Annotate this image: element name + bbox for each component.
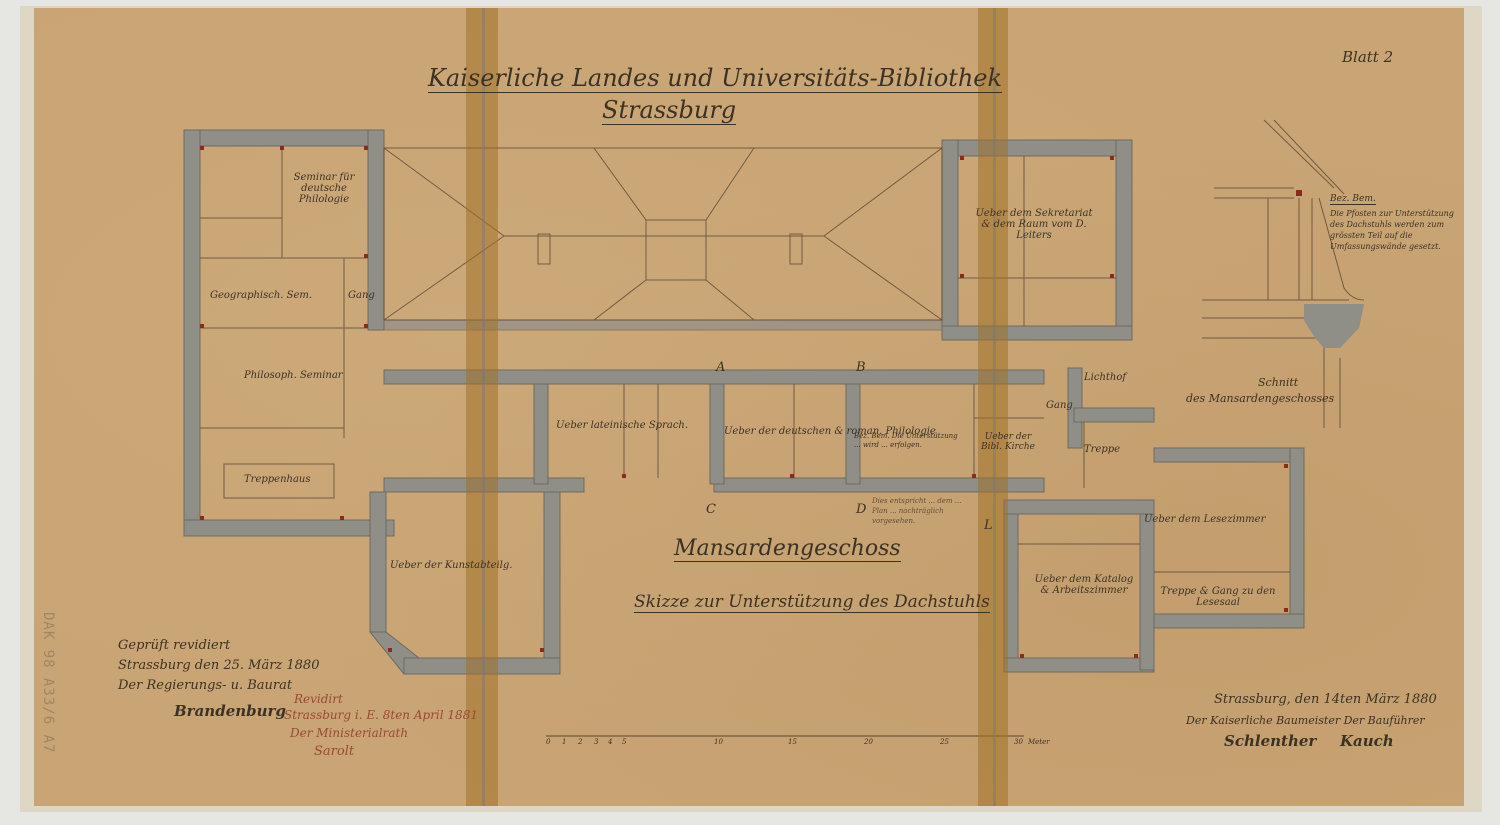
room-label: Ueber dem Sekretariat & dem Raum vom D. …: [974, 208, 1094, 241]
room-label: Ueber lateinische Sprach.: [556, 420, 688, 431]
date-line: Strassburg, den 14ten März 1880: [1214, 692, 1437, 707]
scale-unit: Meter: [1028, 738, 1050, 746]
red-approval-line: Revidirt: [294, 692, 343, 706]
plan-subtitle: Skizze zur Unterstützung des Dachstuhls: [634, 592, 990, 613]
approval-line: Geprüft revidiert: [118, 638, 230, 653]
plan-title: Mansardengeschoss: [674, 536, 901, 562]
room-label: Gang: [1046, 400, 1073, 411]
axis-marker: B: [856, 360, 866, 375]
room-label: Philosoph. Seminar: [244, 370, 343, 381]
room-label: Gang: [348, 290, 375, 301]
margin-note: Dies entspricht ... dem ... Plan ... nac…: [872, 496, 972, 526]
room-label: Treppe: [1084, 444, 1120, 455]
tape-strip-right: [978, 8, 1008, 806]
signature: Brandenburg: [174, 702, 286, 720]
signature: Kauch: [1340, 732, 1394, 750]
section-subtitle: des Mansardengeschosses: [1186, 392, 1334, 405]
axis-marker: C: [706, 502, 716, 517]
room-note: Bez. Bem. Die Unterstützung ... wird ...…: [854, 432, 958, 450]
approval-line: Strassburg den 25. März 1880: [118, 658, 319, 673]
room-label: Geographisch. Sem.: [210, 290, 312, 301]
room-label: Ueber der Bibl. Kirche: [978, 432, 1038, 452]
title-line: Der Kaiserliche Baumeister Der Bauführer: [1186, 714, 1425, 727]
room-label: Lichthof: [1084, 372, 1126, 383]
archive-stamp: DAK 98 A33/6 A7: [40, 612, 56, 753]
scale-tick: 20: [864, 738, 873, 746]
axis-marker: L: [984, 518, 993, 533]
document-title: Kaiserliche Landes und Universitäts-Bibl…: [428, 64, 1002, 93]
axis-marker: D: [856, 502, 866, 517]
scale-tick: 4: [608, 738, 612, 746]
scale-tick: 0: [546, 738, 550, 746]
scale-tick: 5: [622, 738, 626, 746]
scale-tick: 3: [594, 738, 598, 746]
section-title: Schnitt: [1258, 376, 1298, 389]
signature: Schlenther: [1224, 732, 1316, 750]
section-note-text: Die Pfosten zur Unterstützung des Dachst…: [1330, 208, 1460, 252]
room-label: Ueber dem Lesezimmer: [1144, 514, 1265, 525]
room-label: Seminar für deutsche Philologie: [284, 172, 364, 205]
scale-tick: 25: [940, 738, 949, 746]
approval-line: Der Regierungs- u. Baurat: [118, 678, 292, 693]
drawing-sheet: Kaiserliche Landes und Universitäts-Bibl…: [34, 8, 1464, 806]
section-note-heading: Bez. Bem.: [1330, 194, 1376, 205]
room-label: Ueber der Kunstabteilg.: [390, 560, 512, 571]
scale-tick: 15: [788, 738, 797, 746]
red-signature: Sarolt: [314, 744, 354, 759]
room-label: Ueber dem Katalog & Arbeitszimmer: [1034, 574, 1134, 596]
scale-tick: 2: [578, 738, 582, 746]
red-approval-line: Strassburg i. E. 8ten April 1881: [284, 708, 478, 722]
scale-tick: 10: [714, 738, 723, 746]
scale-tick: 30: [1014, 738, 1023, 746]
scale-tick: 1: [562, 738, 566, 746]
document-city: Strassburg: [602, 96, 736, 125]
tape-strip-left: [466, 8, 498, 806]
room-label: Treppe & Gang zu den Lesesaal: [1158, 586, 1278, 608]
room-label: Treppenhaus: [244, 474, 311, 485]
red-approval-line: Der Ministerialrath: [290, 726, 408, 740]
axis-marker: A: [716, 360, 725, 375]
sheet-number: Blatt 2: [1342, 48, 1393, 66]
